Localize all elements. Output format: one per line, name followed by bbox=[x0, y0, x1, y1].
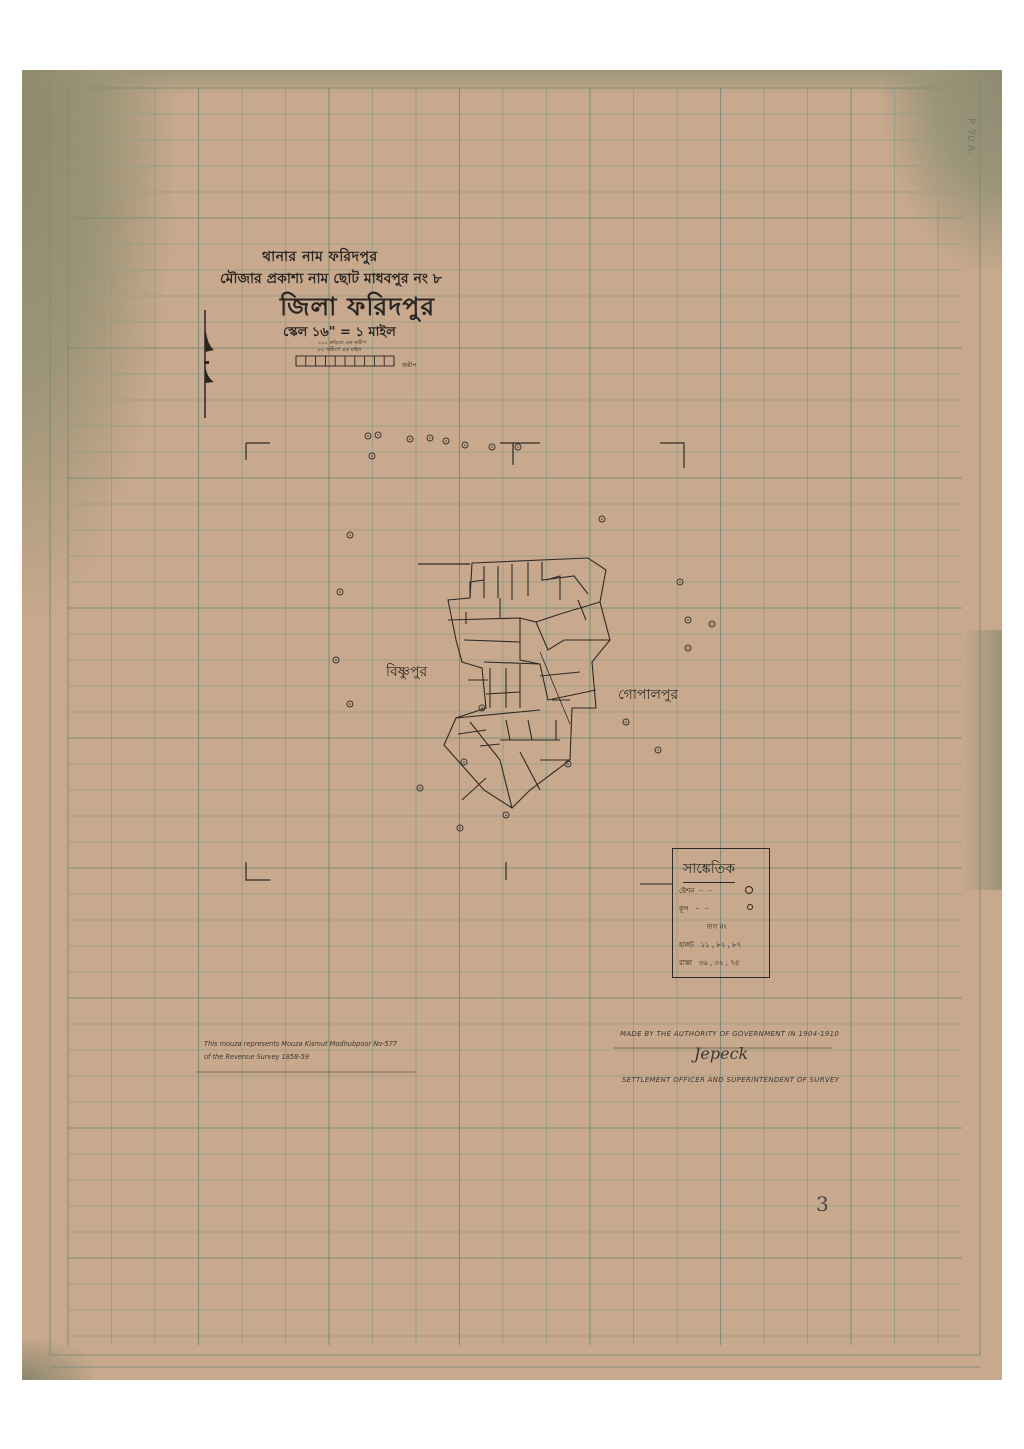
survey-grid bbox=[50, 80, 980, 1367]
legend-row-halot: হালট ১১ , ৮২ , ৮৭ bbox=[679, 939, 741, 951]
station-circle-icon bbox=[745, 886, 753, 894]
legend-value: ১১ , ৮২ , ৮৭ bbox=[700, 941, 741, 949]
legend-row-road: রাস্তা ৩৬ , ৩২ , ৭৪ bbox=[679, 957, 739, 969]
note-line: of the Revenue Survey 1858-59 bbox=[204, 1051, 397, 1064]
legend-label: হালট bbox=[679, 941, 694, 949]
scale-note: ৮০ জরীপে এক মাইল bbox=[318, 347, 361, 355]
corner-marks bbox=[246, 443, 684, 880]
legend-value: ৩৬ , ৩২ , ৭৪ bbox=[699, 959, 740, 967]
north-arrow-icon bbox=[204, 310, 214, 418]
cadastral-map bbox=[0, 0, 1024, 1449]
settlement-officer-title: SETTLEMENT OFFICER AND SUPERINTENDENT OF… bbox=[622, 1076, 839, 1084]
scale-unit: জরীপ bbox=[402, 360, 416, 371]
scale-bar bbox=[296, 356, 394, 366]
map-legend: সাঙ্কেতিক ষ্টেশন ·· ·· কূপ ·· ·· দাগ নং … bbox=[672, 848, 770, 978]
thana-name: থানার নাম ফরিদপুর bbox=[262, 245, 378, 269]
village-label-east: গোপালপুর bbox=[618, 683, 678, 707]
sheet-number: P. 70 A. bbox=[965, 118, 976, 155]
village-label-west: বিষ্ণুপুর bbox=[386, 660, 427, 684]
page-mark: 3 bbox=[816, 1192, 829, 1216]
legend-row-well: কূপ ·· ·· bbox=[679, 903, 761, 915]
legend-subheading: দাগ নং bbox=[707, 921, 727, 933]
legend-label: ষ্টেশন bbox=[679, 887, 694, 895]
mouza-parcels bbox=[444, 558, 610, 808]
revenue-survey-note: This mouza represents Mouza Kismut Modhu… bbox=[204, 1038, 397, 1064]
authority-note: MADE BY THE AUTHORITY OF GOVERNMENT IN 1… bbox=[620, 1030, 839, 1038]
legend-title: সাঙ্কেতিক bbox=[683, 857, 735, 883]
legend-row-station: ষ্টেশন ·· ·· bbox=[679, 885, 761, 897]
note-line: This mouza represents Mouza Kismut Modhu… bbox=[204, 1038, 397, 1051]
legend-label: রাস্তা bbox=[679, 959, 692, 967]
legend-label: কূপ bbox=[679, 905, 689, 913]
station-markers bbox=[333, 432, 715, 831]
officer-signature: Jepeck bbox=[694, 1044, 748, 1063]
well-circle-icon bbox=[747, 904, 753, 910]
